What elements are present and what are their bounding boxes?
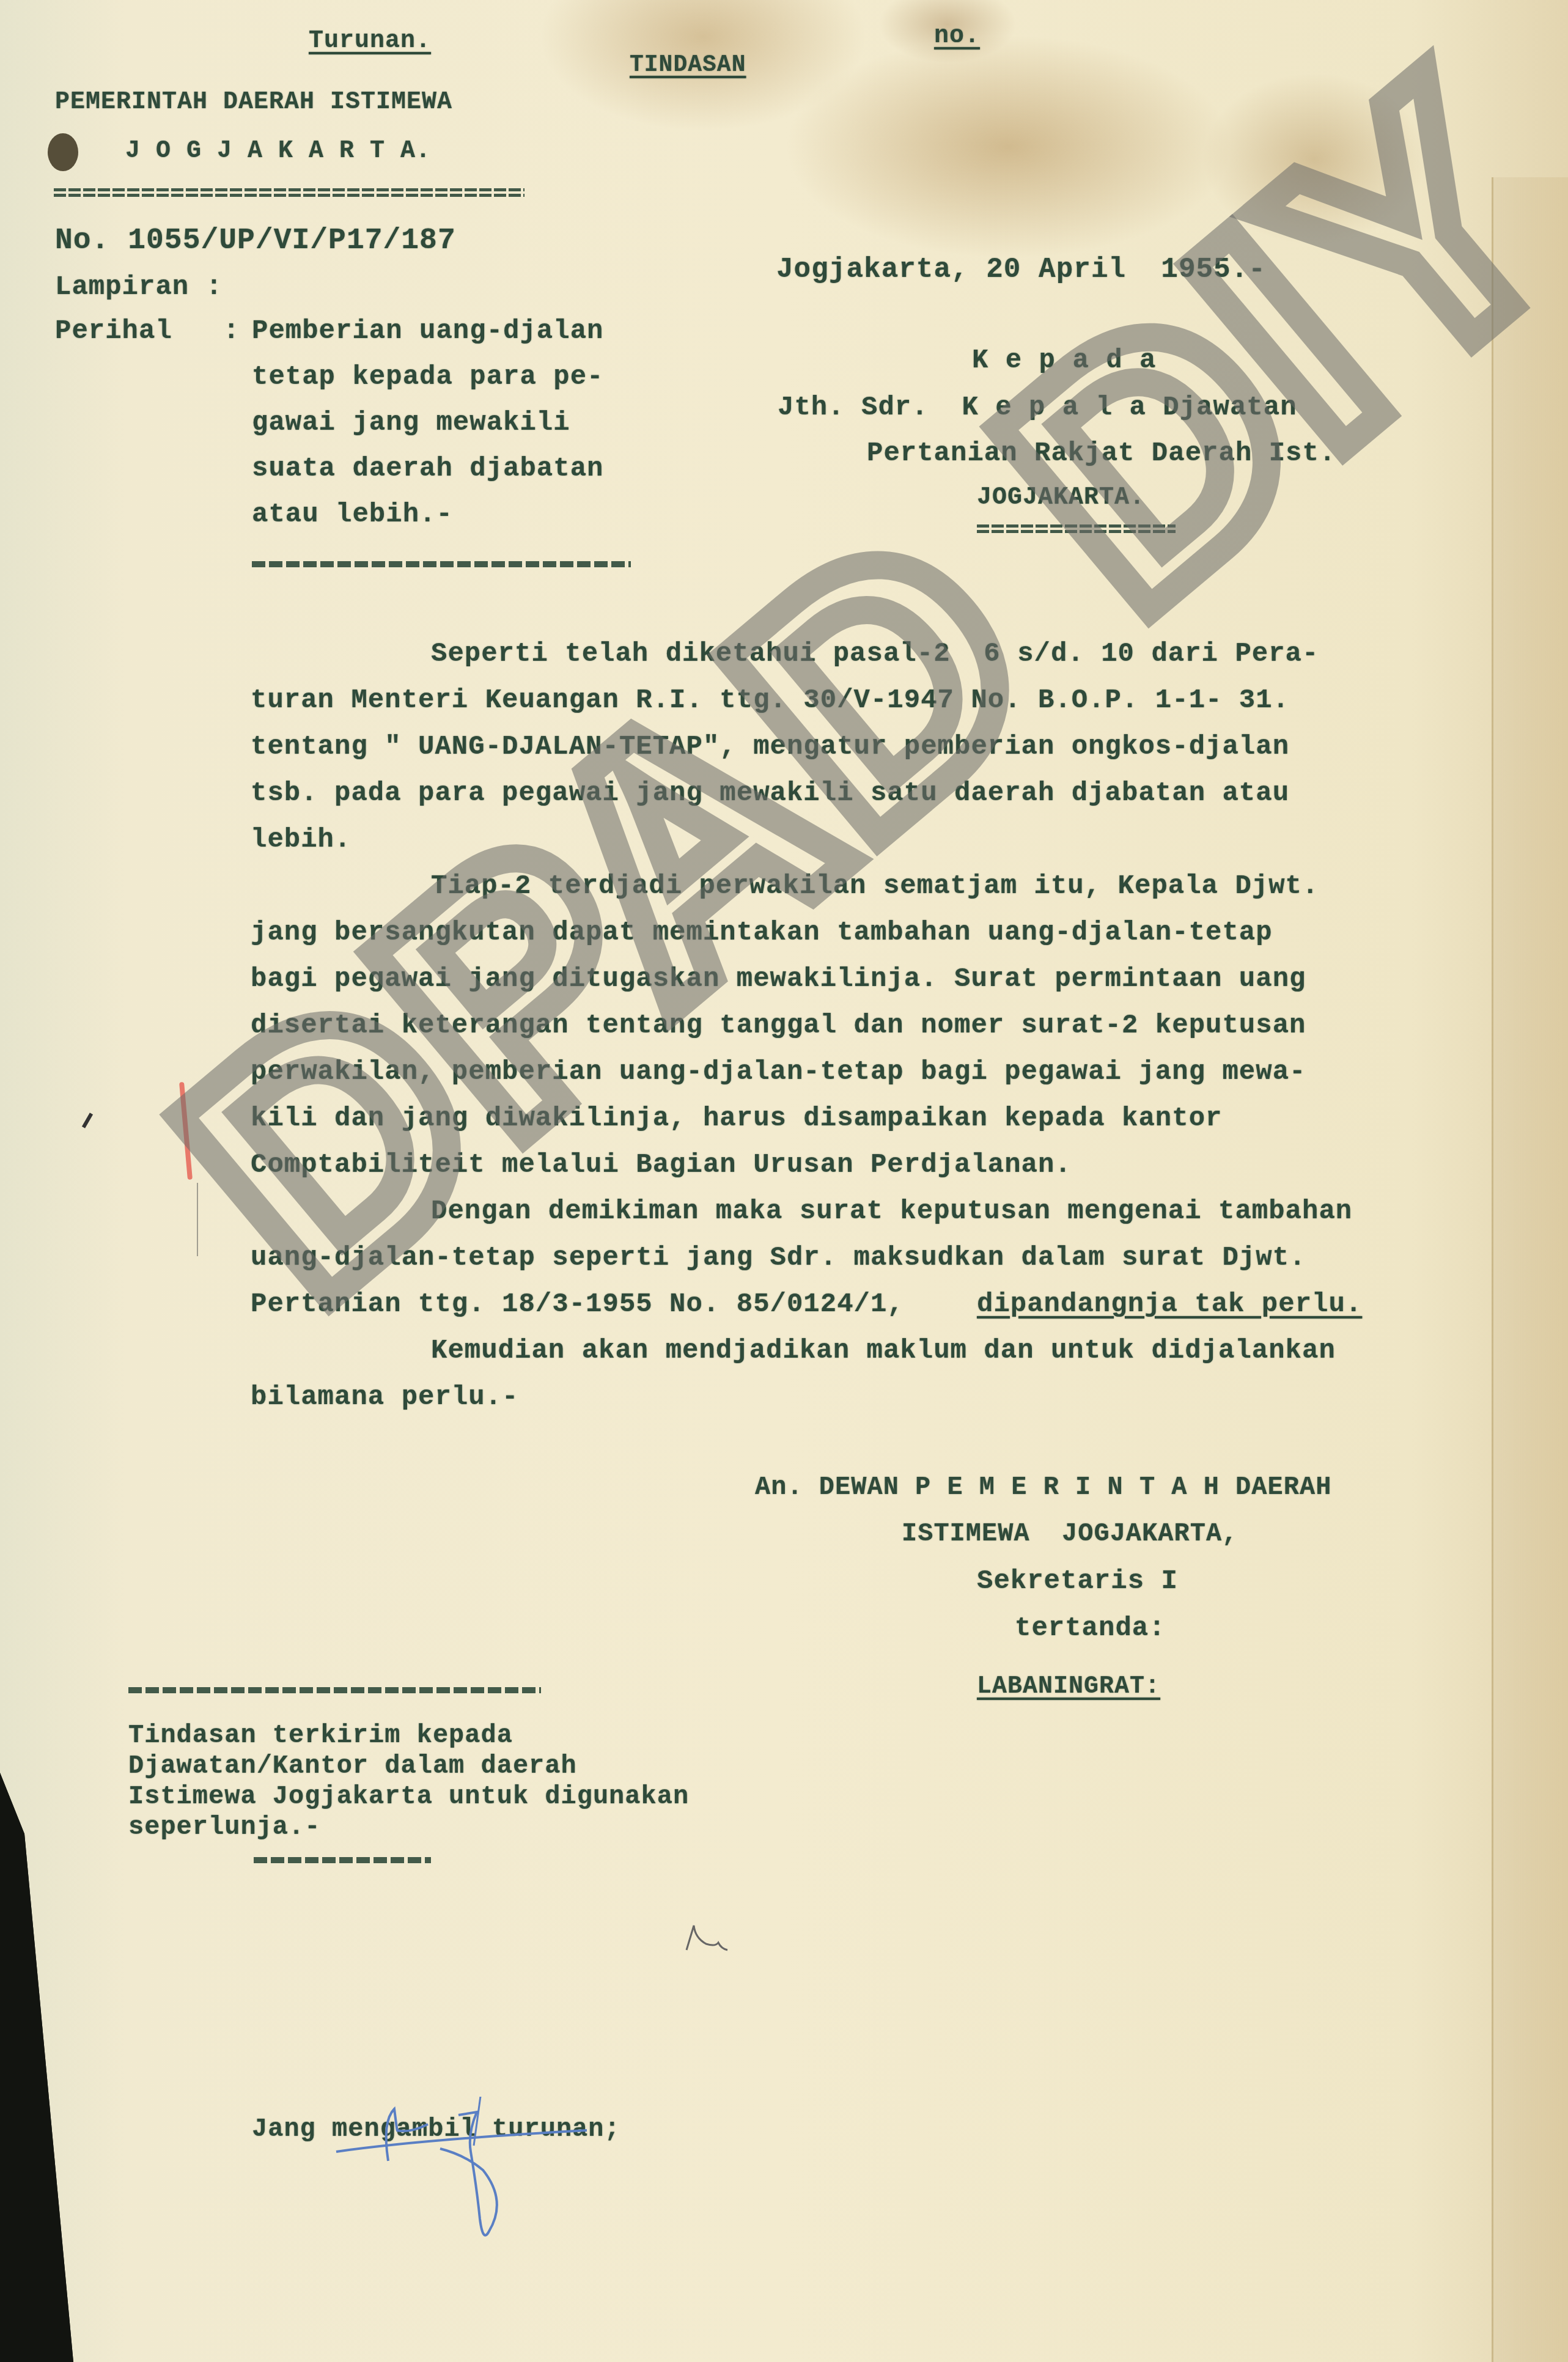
signature-org-line2: ISTIMEWA JOGJAKARTA, <box>902 1521 1238 1547</box>
institution-city: J O G J A K A R T A. <box>125 139 431 164</box>
ink-blot <box>48 133 78 171</box>
letter-number: No. 1055/UP/VI/P17/187 <box>55 226 456 256</box>
cc-divider-top <box>128 1687 541 1693</box>
body-line: Dengan demikiman maka surat keputusan me… <box>431 1198 1352 1225</box>
signatory-name: LABANINGRAT: <box>977 1675 1160 1699</box>
cc-line: Tindasan terkirim kepada <box>128 1723 513 1748</box>
paper-edge-right <box>1492 177 1568 2362</box>
date-line: Jogjakarta, 20 April 1955.- <box>776 256 1266 284</box>
body-line: tentang " UANG-DJALAN-TETAP", mengatur p… <box>251 734 1289 760</box>
body-line: Kemudian akan mendjadikan maklum dan unt… <box>431 1337 1336 1364</box>
institution-name: PEMERINTAH DAERAH ISTIMEWA <box>55 90 452 115</box>
recipient-line2: Pertanian Rakjat Daerah Ist. <box>867 440 1336 467</box>
body-line: bagi pegawai jang ditugaskan mewakilinja… <box>251 966 1306 993</box>
body-line: Tiap-2 terdjadi perwakilan sematjam itu,… <box>431 873 1319 900</box>
body-line: bilamana perlu.- <box>251 1384 518 1411</box>
signature-tertanda: tertanda: <box>1015 1615 1166 1642</box>
document-paper <box>0 0 1568 2362</box>
cc-line: Djawatan/Kantor dalam daerah <box>128 1753 577 1779</box>
body-line: tsb. pada para pegawai jang mewakili sat… <box>251 780 1289 807</box>
cc-line: seperlunja.- <box>128 1814 320 1840</box>
lampiran-label: Lampiran : <box>55 274 223 301</box>
pencil-check-mark-icon <box>682 1919 731 1962</box>
body-line: perwakilan, pemberian uang-djalan-tetap … <box>251 1059 1306 1086</box>
no-label: no. <box>934 24 980 49</box>
subject-line: atau lebih.- <box>252 501 453 528</box>
header-divider <box>54 188 525 197</box>
body-line: Pertanian ttg. 18/3-1955 No. 85/0124/1, <box>251 1291 921 1318</box>
cc-divider-bottom <box>254 1857 431 1863</box>
copy-label: Turunan. <box>309 29 431 54</box>
signature-title: Sekretaris I <box>977 1568 1178 1595</box>
subject-line: Pemberian uang-djalan <box>252 318 604 345</box>
subject-line: gawai jang mewakili <box>252 410 570 436</box>
subject-line: tetap kepada para pe- <box>252 364 604 391</box>
recipient-divider <box>977 524 1176 533</box>
body-line: lebih. <box>251 826 351 853</box>
body-line: Seperti telah diketahui pasal-2 6 s/d. 1… <box>431 641 1319 668</box>
body-line: jang bersangkutan dapat memintakan tamba… <box>251 919 1273 946</box>
pencil-margin-line <box>197 1183 198 1256</box>
body-line: Comptabiliteit melalui Bagian Urusan Per… <box>251 1152 1072 1179</box>
recipient-line1: Jth. Sdr. K e p a l a Djawatan <box>778 394 1297 421</box>
body-line: uang-djalan-tetap seperti jang Sdr. maks… <box>251 1245 1306 1271</box>
body-line: kili dan jang diwakilinja, harus disampa… <box>251 1105 1222 1132</box>
perihal-colon: : <box>223 318 240 345</box>
signature-org-line1: An. DEWAN P E M E R I N T A H DAERAH <box>755 1474 1331 1500</box>
underlined-conclusion: dipandangnja tak perlu. <box>977 1291 1362 1318</box>
perihal-label: Perihal <box>55 318 172 345</box>
recipient-kepada: K e p a d a <box>972 347 1156 374</box>
recipient-city: JOGJAKARTA. <box>977 486 1145 510</box>
body-line: turan Menteri Keuangan R.I. ttg. 30/V-19… <box>251 687 1289 714</box>
cc-line: Istimewa Jogjakarta untuk digunakan <box>128 1784 689 1809</box>
handwritten-signature-icon <box>330 2097 636 2280</box>
tindasan-label: TINDASAN <box>630 54 746 77</box>
subject-divider <box>252 561 631 567</box>
body-line: disertai keterangan tentang tanggal dan … <box>251 1012 1306 1039</box>
subject-line: suata daerah djabatan <box>252 455 604 482</box>
